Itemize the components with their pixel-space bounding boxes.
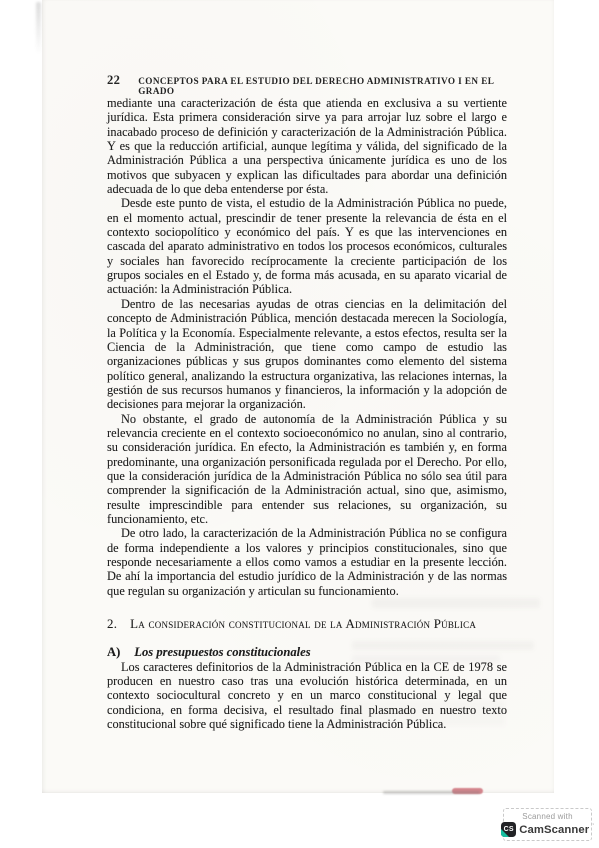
- body-paragraph: mediante una caracterización de ésta que…: [107, 96, 507, 196]
- camscanner-brand-row: CS CamScanner ’: [501, 822, 594, 837]
- camscanner-logo-icon: CS: [501, 822, 516, 837]
- scan-corner-artifact: [36, 2, 41, 54]
- body-paragraph: Los caracteres definitorios de la Admini…: [107, 660, 507, 732]
- body-paragraph: De otro lado, la caracterización de la A…: [107, 526, 507, 598]
- body-paragraph: No obstante, el grado de autonomía de la…: [107, 412, 507, 527]
- section-number: 2.: [107, 617, 117, 631]
- trademark-mark: ’: [592, 823, 593, 830]
- page-body: mediante una caracterización de ésta que…: [107, 96, 507, 731]
- camscanner-brand-name: CamScanner: [519, 824, 589, 836]
- page-number: 22: [107, 73, 120, 88]
- section-heading: 2. La consideración constitucional de la…: [107, 617, 507, 631]
- section-title: La consideración constitucional de la Ad…: [130, 617, 476, 631]
- page-bottom-edge-shadow: [383, 791, 480, 794]
- scanned-book-page: { "page": { "number": "22", "running_tit…: [0, 0, 599, 848]
- logo-initials: CS: [504, 826, 514, 833]
- subsection-label: A): [107, 645, 120, 659]
- running-title: CONCEPTOS PARA EL ESTUDIO DEL DERECHO AD…: [138, 76, 507, 96]
- scanned-with-label: Scanned with: [522, 812, 572, 821]
- body-paragraph: Desde este punto de vista, el estudio de…: [107, 196, 507, 296]
- running-header: 22 CONCEPTOS PARA EL ESTUDIO DEL DERECHO…: [107, 73, 507, 96]
- body-paragraph: Dentro de las necesarias ayudas de otras…: [107, 297, 507, 412]
- camscanner-watermark: Scanned with CS CamScanner ’: [503, 808, 592, 841]
- subsection-heading: A) Los presupuestos constitucionales: [107, 645, 507, 659]
- subsection-title: Los presupuestos constitucionales: [134, 645, 310, 659]
